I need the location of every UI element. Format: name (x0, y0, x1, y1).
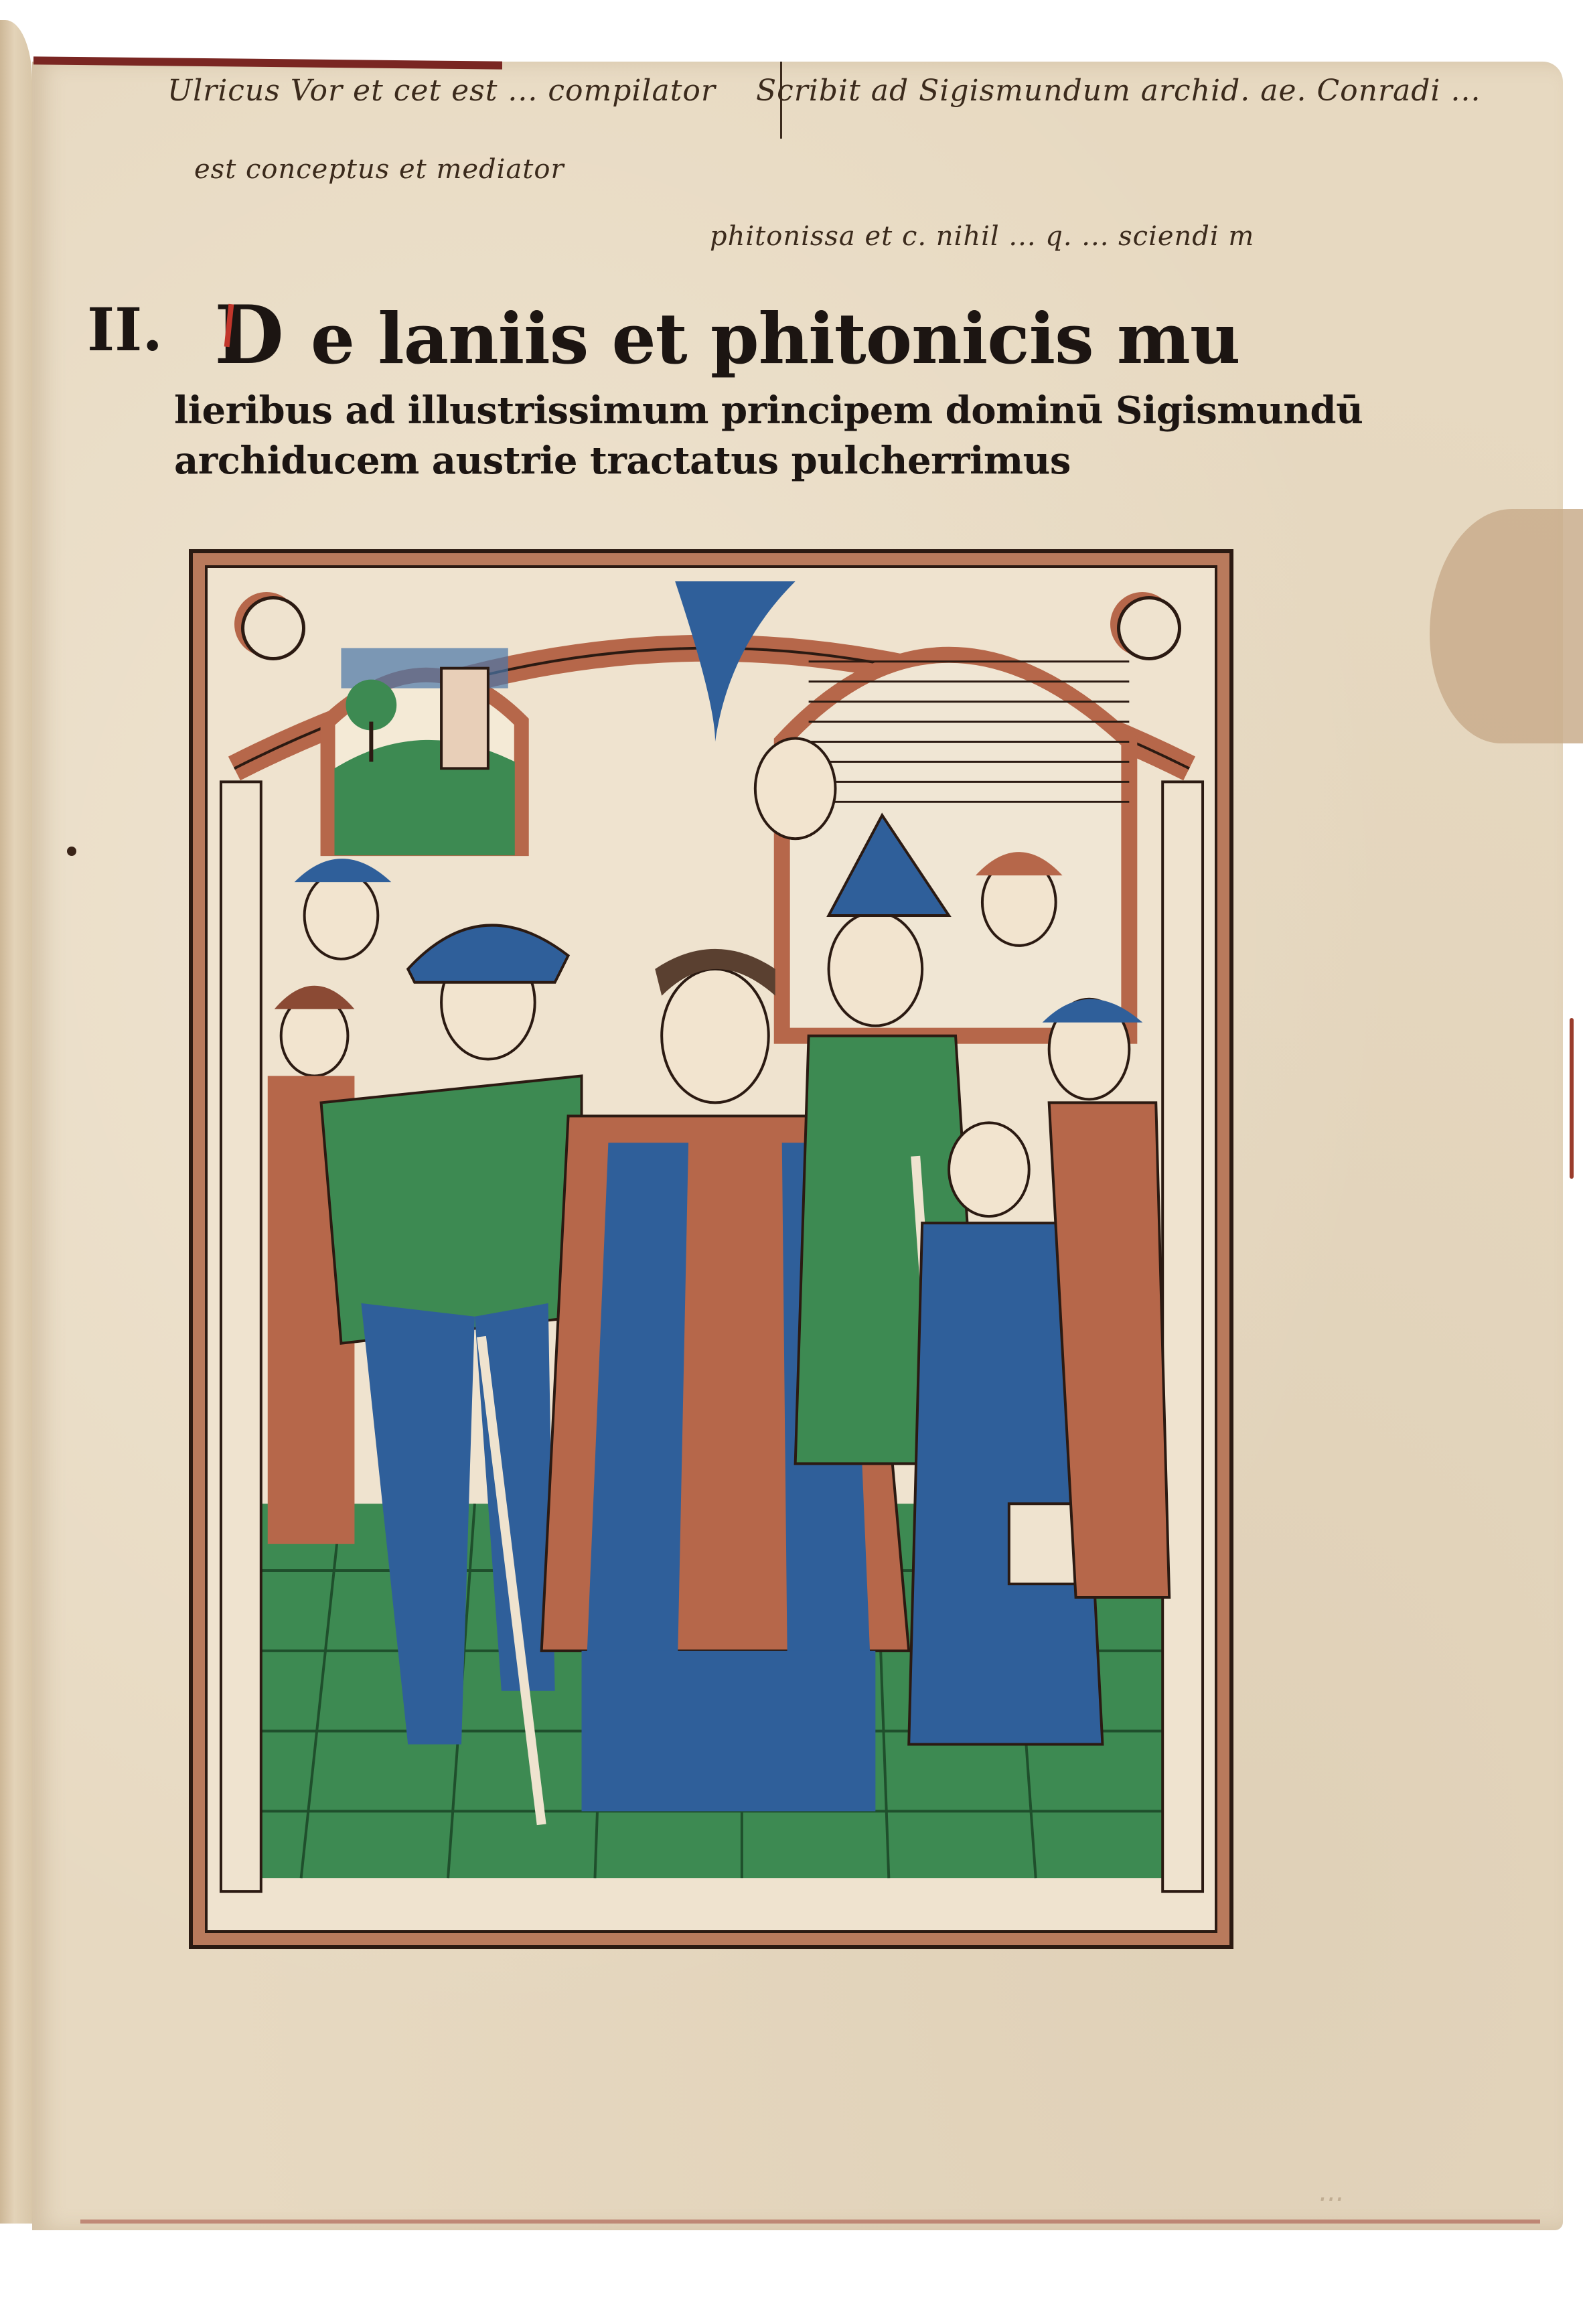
woodcut-scene (208, 568, 1215, 1930)
corner-moon-left (241, 596, 305, 660)
corner-moon-right (1117, 596, 1181, 660)
pencil-note: ... (1319, 2177, 1345, 2207)
title-line-1-text: e laniis et phitonicis mu (311, 297, 1240, 380)
woodcut-illustration (205, 565, 1217, 1933)
red-edge-bottom (80, 2220, 1540, 2224)
chapter-mark: II. (87, 295, 163, 364)
marginalia-line-2: est conceptus et mediator (194, 154, 564, 185)
title-line-1: D e laniis et phitonicis mu (214, 288, 1240, 382)
red-edge-right (1570, 1018, 1574, 1179)
marginalia-text-right: Scribit ad Sigismundum archid. ae. Conra… (756, 74, 1481, 108)
marginalia-text: Ulricus Vor et cet est ... compilator (167, 74, 716, 108)
title-line-2: lieribus ad illustrissimum principem dom… (174, 388, 1363, 433)
marginalia-line-1: Ulricus Vor et cet est ... compilator Sc… (167, 74, 1481, 108)
ink-spot (67, 847, 76, 856)
title-line-3: archiducem austrie tractatus pulcherrimu… (174, 439, 1071, 483)
facing-page-edge (0, 20, 32, 2224)
woodcut-frame (189, 549, 1233, 1949)
marginalia-line-3: phitonissa et c. nihil ... q. ... sciend… (710, 221, 1254, 252)
rubricated-initial: D (214, 288, 311, 382)
marginalia-divider (780, 62, 782, 139)
